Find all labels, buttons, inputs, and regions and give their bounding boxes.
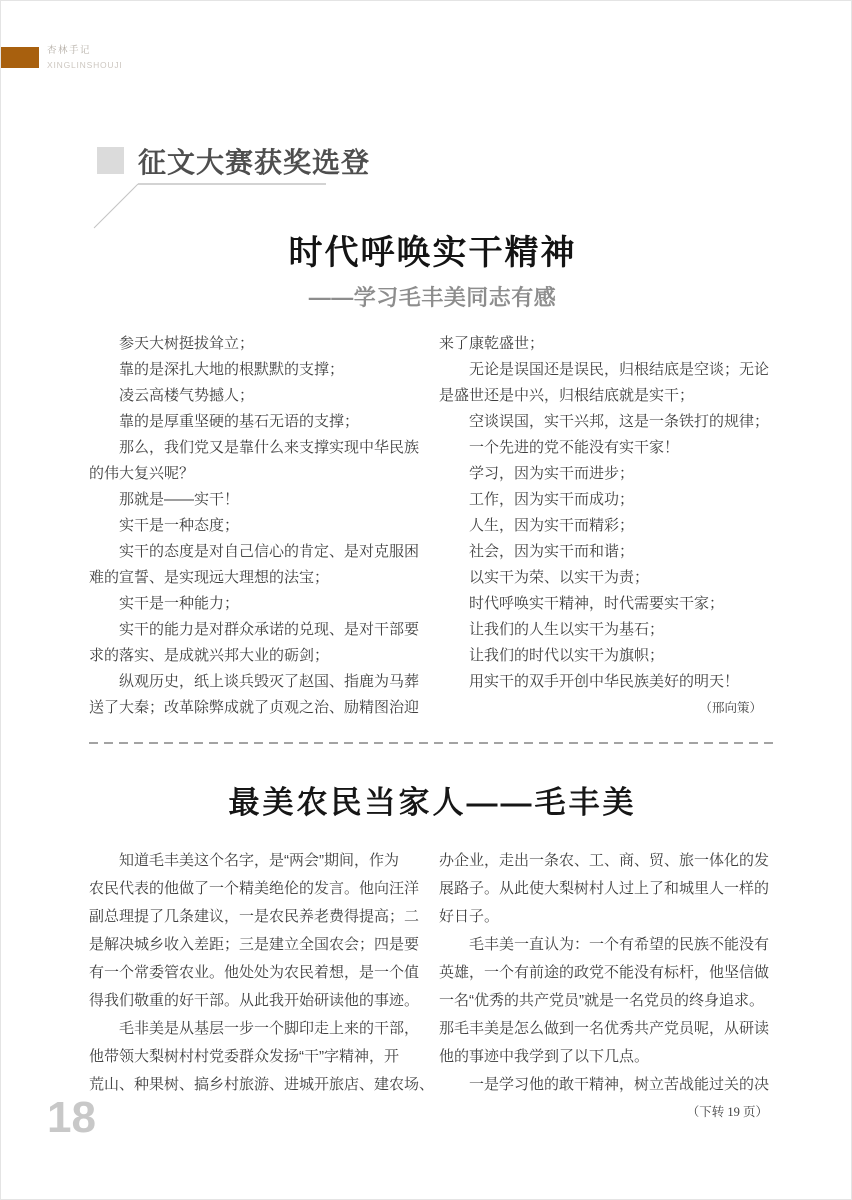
text-line: 工作，因为实干而成功；	[439, 487, 776, 513]
text-line: 让我们的时代以实干为旗帜；	[439, 643, 776, 669]
page-number: 18	[47, 1093, 96, 1143]
text-line: 靠的是厚重坚硬的基石无语的支撑；	[89, 409, 426, 435]
text-line: 那毛丰美是怎么做到一名优秀共产党员呢，从研读	[439, 1015, 776, 1043]
text-line: 让我们的人生以实干为基石；	[439, 617, 776, 643]
text-line: 参天大树挺拔耸立；	[89, 331, 426, 357]
article2-left-column: 知道毛丰美这个名字，是“两会”期间，作为农民代表的他做了一个精美绝伦的发言。他向…	[89, 847, 426, 1125]
article1-subtitle: ——学习毛丰美同志有感	[89, 281, 776, 312]
text-line: 纵观历史，纸上谈兵毁灭了赵国、指鹿为马葬	[89, 669, 426, 695]
text-line: 是解决城乡收入差距；三是建立全国农会；四是要	[89, 931, 426, 959]
text-line: 人生，因为实干而精彩；	[439, 513, 776, 539]
text-line: 知道毛丰美这个名字，是“两会”期间，作为	[89, 847, 426, 875]
magazine-page: 杏林手记 XINGLINSHOUJI 征文大赛获奖选登 时代呼唤实干精神 ——学…	[0, 0, 852, 1200]
text-line: 那么，我们党又是靠什么来支撑实现中华民族	[89, 435, 426, 461]
text-line: 好日子。	[439, 903, 776, 931]
text-line: 无论是误国还是误民，归根结底是空谈；无论	[439, 357, 776, 383]
article1-title: 时代呼唤实干精神	[89, 225, 776, 274]
text-line: 用实干的双手开创中华民族美好的明天！	[439, 669, 776, 695]
article2-body: 知道毛丰美这个名字，是“两会”期间，作为农民代表的他做了一个精美绝伦的发言。他向…	[89, 847, 776, 1125]
text-line: 办企业，走出一条农、工、商、贸、旅一体化的发	[439, 847, 776, 875]
article2-right-lines: 办企业，走出一条农、工、商、贸、旅一体化的发展路子。从此使大梨树村人过上了和城里…	[439, 847, 776, 1099]
article1-left-column: 参天大树挺拔耸立； 靠的是深扎大地的根默默的支撑； 凌云高楼气势撼人； 靠的是厚…	[89, 331, 426, 721]
text-line: 是盛世还是中兴，归根结底就是实干；	[439, 383, 776, 409]
article1-right-column: 来了康乾盛世； 无论是误国还是误民，归根结底是空谈；无论是盛世还是中兴，归根结底…	[439, 331, 776, 721]
continuation-note: （下转 19 页）	[439, 1099, 776, 1125]
text-line: 学习，因为实干而进步；	[439, 461, 776, 487]
text-line: 他的事迹中我学到了以下几点。	[439, 1043, 776, 1071]
dashed-divider	[89, 742, 776, 744]
text-line: 实干是一种能力；	[89, 591, 426, 617]
text-line: 毛非美是从基层一步一个脚印走上来的干部，	[89, 1015, 426, 1043]
text-line: 时代呼唤实干精神，时代需要实干家；	[439, 591, 776, 617]
text-line: 来了康乾盛世；	[439, 331, 776, 357]
section-header-title: 征文大赛获奖选登	[138, 141, 370, 181]
text-line: 副总理提了几条建议，一是农民养老费得提高；二	[89, 903, 426, 931]
text-line: 毛丰美一直认为：一个有希望的民族不能没有	[439, 931, 776, 959]
masthead: 杏林手记 XINGLINSHOUJI	[47, 42, 123, 70]
text-line: 求的落实、是成就兴邦大业的砺剑；	[89, 643, 426, 669]
text-line: 荒山、种果树、搞乡村旅游、进城开旅店、建农场、	[89, 1071, 426, 1099]
text-line: 有一个常委管农业。他处处为农民着想，是一个值	[89, 959, 426, 987]
article2-title: 最美农民当家人——毛丰美	[89, 777, 776, 822]
article1-body: 参天大树挺拔耸立； 靠的是深扎大地的根默默的支撑； 凌云高楼气势撼人； 靠的是厚…	[89, 331, 776, 721]
text-line: 送了大秦；改革除弊成就了贞观之治、励精图治迎	[89, 695, 426, 721]
article1-right-lines: 来了康乾盛世； 无论是误国还是误民，归根结底是空谈；无论是盛世还是中兴，归根结底…	[439, 331, 776, 695]
text-line: 一个先进的党不能没有实干家！	[439, 435, 776, 461]
text-line: 难的宣誓、是实现远大理想的法宝；	[89, 565, 426, 591]
article2-right-column: 办企业，走出一条农、工、商、贸、旅一体化的发展路子。从此使大梨树村人过上了和城里…	[439, 847, 776, 1125]
text-line: 农民代表的他做了一个精美绝伦的发言。他向汪洋	[89, 875, 426, 903]
text-line: 社会，因为实干而和谐；	[439, 539, 776, 565]
text-line: 凌云高楼气势撼人；	[89, 383, 426, 409]
text-line: 那就是——实干！	[89, 487, 426, 513]
text-line: 展路子。从此使大梨树村人过上了和城里人一样的	[439, 875, 776, 903]
text-line: 实干的态度是对自己信心的肯定、是对克服困	[89, 539, 426, 565]
text-line: 靠的是深扎大地的根默默的支撑；	[89, 357, 426, 383]
text-line: 一是学习他的敢干精神，树立苦战能过关的决	[439, 1071, 776, 1099]
text-line: 空谈误国，实干兴邦，这是一条铁打的规律；	[439, 409, 776, 435]
text-line: 英雄，一个有前途的政党不能没有标杆，他坚信做	[439, 959, 776, 987]
masthead-title: 杏林手记	[47, 42, 123, 56]
text-line: 一名“优秀的共产党员”就是一名党员的终身追求。	[439, 987, 776, 1015]
text-line: 他带领大梨树村村党委群众发扬“干”字精神，开	[89, 1043, 426, 1071]
text-line: 的伟大复兴呢？	[89, 461, 426, 487]
text-line: 实干的能力是对群众承诺的兑现、是对干部要	[89, 617, 426, 643]
article1-author-attribution: （邢向策）	[439, 695, 776, 721]
masthead-subtitle: XINGLINSHOUJI	[47, 60, 123, 70]
text-line: 实干是一种态度；	[89, 513, 426, 539]
section-square-icon	[97, 147, 124, 174]
brand-color-block	[1, 47, 39, 68]
text-line: 以实干为荣、以实干为责；	[439, 565, 776, 591]
text-line: 得我们敬重的好干部。从此我开始研读他的事迹。	[89, 987, 426, 1015]
